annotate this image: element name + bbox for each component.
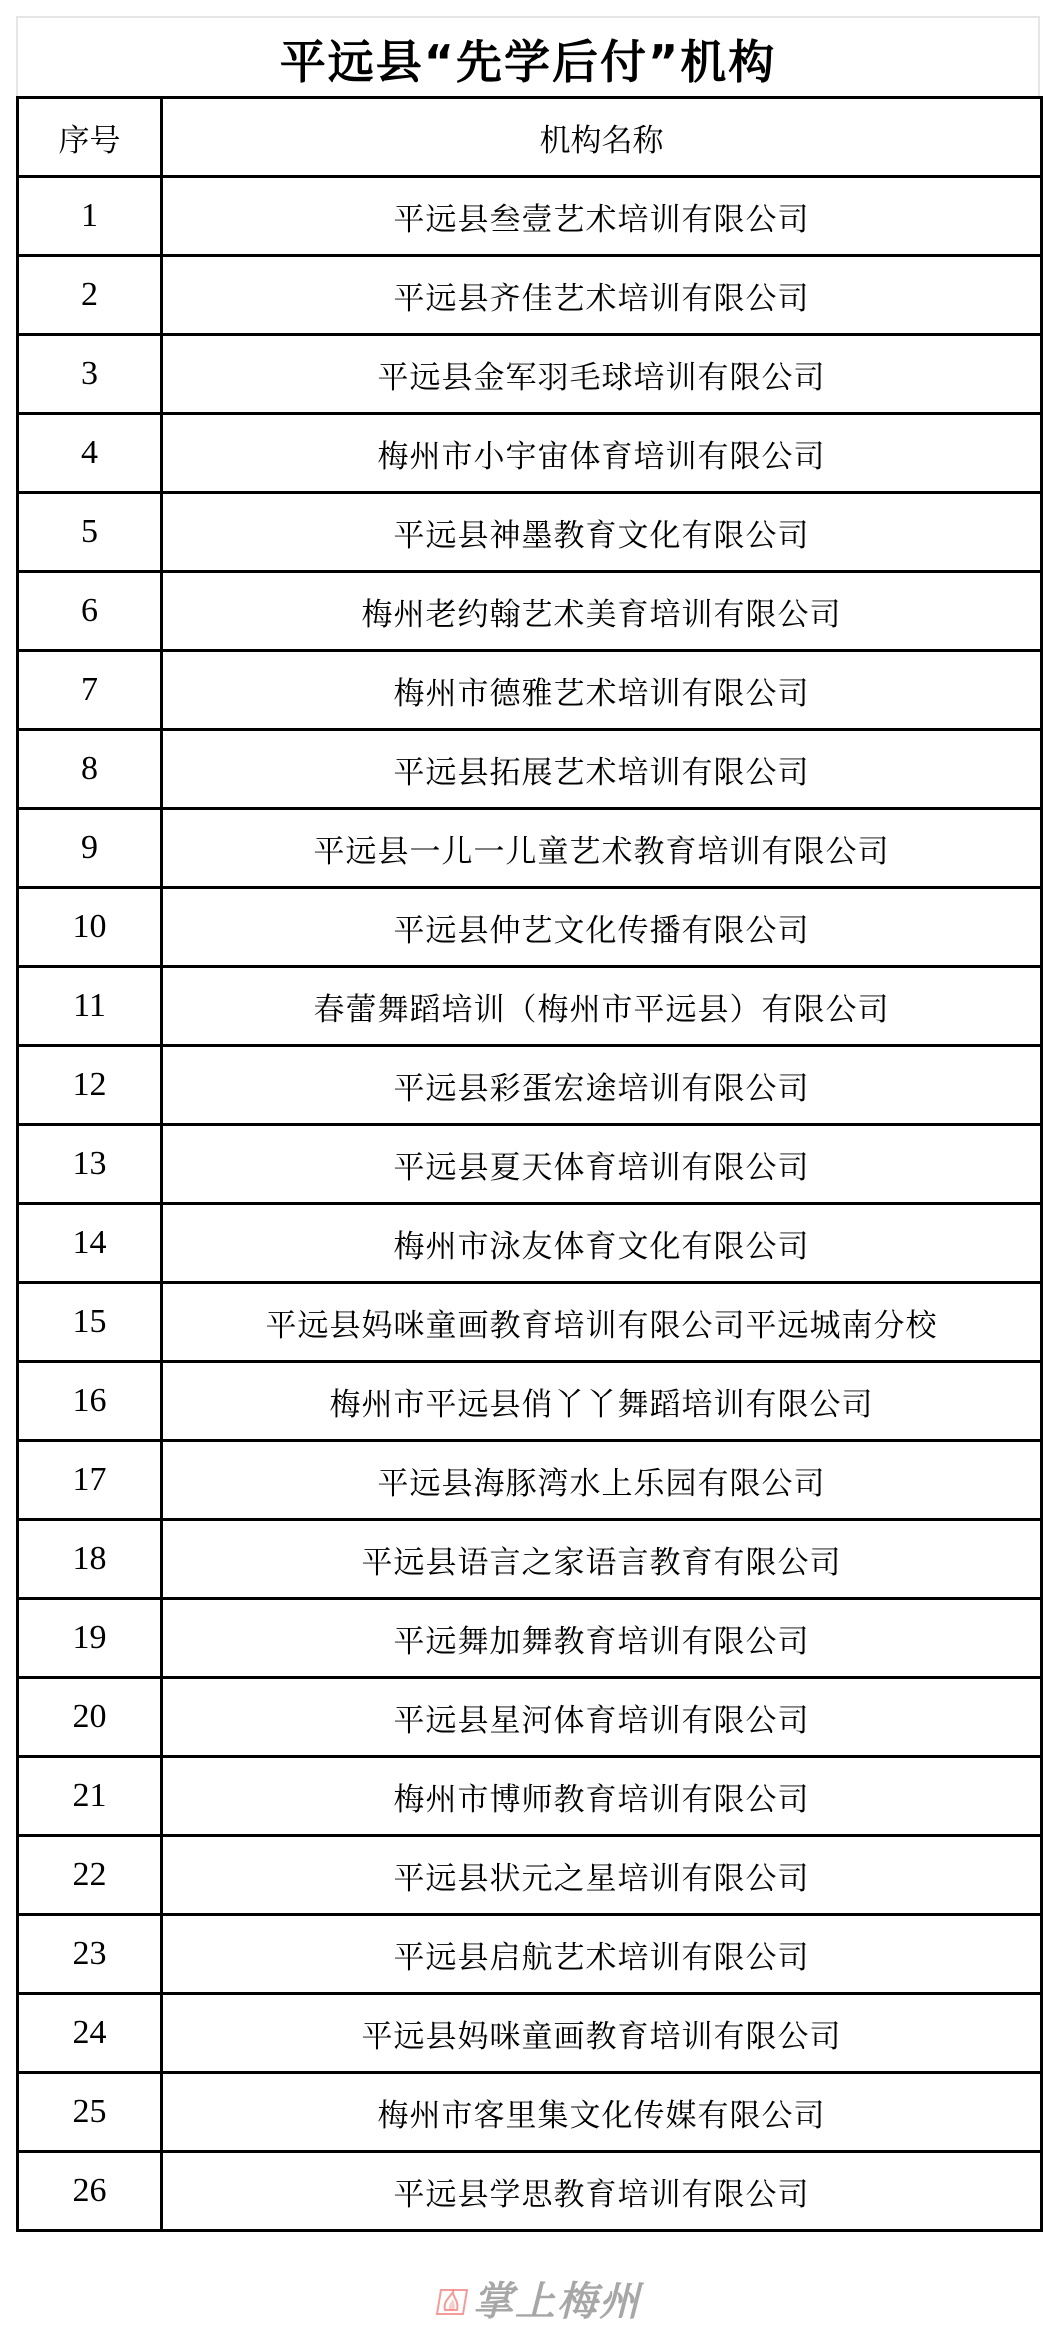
table-row: 12平远县彩蛋宏途培训有限公司 xyxy=(18,1046,1042,1125)
row-index: 22 xyxy=(18,1836,162,1915)
org-name: 平远县叁壹艺术培训有限公司 xyxy=(162,177,1042,256)
org-name: 平远县语言之家语言教育有限公司 xyxy=(162,1520,1042,1599)
org-name: 梅州市泳友体育文化有限公司 xyxy=(162,1204,1042,1283)
row-index: 23 xyxy=(18,1915,162,1994)
org-name: 平远县海豚湾水上乐园有限公司 xyxy=(162,1441,1042,1520)
table-row: 4梅州市小宇宙体育培训有限公司 xyxy=(18,414,1042,493)
table-row: 23平远县启航艺术培训有限公司 xyxy=(18,1915,1042,1994)
org-name: 梅州市小宇宙体育培训有限公司 xyxy=(162,414,1042,493)
table-row: 1平远县叁壹艺术培训有限公司 xyxy=(18,177,1042,256)
row-index: 4 xyxy=(18,414,162,493)
table-row: 20平远县星河体育培训有限公司 xyxy=(18,1678,1042,1757)
table-row: 11春蕾舞蹈培训（梅州市平远县）有限公司 xyxy=(18,967,1042,1046)
org-name: 梅州市博师教育培训有限公司 xyxy=(162,1757,1042,1836)
org-name: 梅州市平远县俏丫丫舞蹈培训有限公司 xyxy=(162,1362,1042,1441)
table-row: 7梅州市德雅艺术培训有限公司 xyxy=(18,651,1042,730)
row-index: 17 xyxy=(18,1441,162,1520)
table-row: 26平远县学思教育培训有限公司 xyxy=(18,2152,1042,2231)
org-name: 平远县学思教育培训有限公司 xyxy=(162,2152,1042,2231)
row-index: 15 xyxy=(18,1283,162,1362)
org-name: 梅州市德雅艺术培训有限公司 xyxy=(162,651,1042,730)
table-row: 5平远县神墨教育文化有限公司 xyxy=(18,493,1042,572)
page-title: 平远县“先学后付”机构 xyxy=(16,16,1040,96)
table-body: 1平远县叁壹艺术培训有限公司 2平远县齐佳艺术培训有限公司 3平远县金军羽毛球培… xyxy=(18,177,1042,2231)
org-name: 平远县仲艺文化传播有限公司 xyxy=(162,888,1042,967)
row-index: 20 xyxy=(18,1678,162,1757)
org-table: 序号 机构名称 1平远县叁壹艺术培训有限公司 2平远县齐佳艺术培训有限公司 3平… xyxy=(16,96,1043,2232)
app-logo-icon xyxy=(435,2282,469,2316)
org-name: 平远县一儿一儿童艺术教育培训有限公司 xyxy=(162,809,1042,888)
table-row: 10平远县仲艺文化传播有限公司 xyxy=(18,888,1042,967)
org-name: 平远县启航艺术培训有限公司 xyxy=(162,1915,1042,1994)
table-row: 18平远县语言之家语言教育有限公司 xyxy=(18,1520,1042,1599)
table-row: 19平远舞加舞教育培训有限公司 xyxy=(18,1599,1042,1678)
table-row: 22平远县状元之星培训有限公司 xyxy=(18,1836,1042,1915)
watermark-text: 掌上梅州 xyxy=(473,2270,641,2327)
row-index: 26 xyxy=(18,2152,162,2231)
row-index: 8 xyxy=(18,730,162,809)
table-row: 2平远县齐佳艺术培训有限公司 xyxy=(18,256,1042,335)
row-index: 5 xyxy=(18,493,162,572)
row-index: 19 xyxy=(18,1599,162,1678)
row-index: 12 xyxy=(18,1046,162,1125)
table-row: 16梅州市平远县俏丫丫舞蹈培训有限公司 xyxy=(18,1362,1042,1441)
org-name: 春蕾舞蹈培训（梅州市平远县）有限公司 xyxy=(162,967,1042,1046)
org-name: 平远县夏天体育培训有限公司 xyxy=(162,1125,1042,1204)
org-name: 平远县拓展艺术培训有限公司 xyxy=(162,730,1042,809)
row-index: 16 xyxy=(18,1362,162,1441)
org-name: 梅州市客里集文化传媒有限公司 xyxy=(162,2073,1042,2152)
row-index: 6 xyxy=(18,572,162,651)
org-name: 平远县妈咪童画教育培训有限公司平远城南分校 xyxy=(162,1283,1042,1362)
table-row: 25梅州市客里集文化传媒有限公司 xyxy=(18,2073,1042,2152)
row-index: 18 xyxy=(18,1520,162,1599)
table-row: 24平远县妈咪童画教育培训有限公司 xyxy=(18,1994,1042,2073)
table-row: 8平远县拓展艺术培训有限公司 xyxy=(18,730,1042,809)
row-index: 9 xyxy=(18,809,162,888)
row-index: 13 xyxy=(18,1125,162,1204)
org-name: 平远县金军羽毛球培训有限公司 xyxy=(162,335,1042,414)
row-index: 11 xyxy=(18,967,162,1046)
table-row: 3平远县金军羽毛球培训有限公司 xyxy=(18,335,1042,414)
org-name: 平远县星河体育培训有限公司 xyxy=(162,1678,1042,1757)
row-index: 3 xyxy=(18,335,162,414)
watermark: 掌上梅州 xyxy=(435,2270,641,2327)
table-row: 9平远县一儿一儿童艺术教育培训有限公司 xyxy=(18,809,1042,888)
column-header-index: 序号 xyxy=(18,98,162,177)
table-row: 14梅州市泳友体育文化有限公司 xyxy=(18,1204,1042,1283)
row-index: 24 xyxy=(18,1994,162,2073)
row-index: 21 xyxy=(18,1757,162,1836)
table-row: 17平远县海豚湾水上乐园有限公司 xyxy=(18,1441,1042,1520)
org-name: 平远县妈咪童画教育培训有限公司 xyxy=(162,1994,1042,2073)
org-list-sheet: 平远县“先学后付”机构 序号 机构名称 1平远县叁壹艺术培训有限公司 2平远县齐… xyxy=(16,16,1040,2232)
org-name: 平远县齐佳艺术培训有限公司 xyxy=(162,256,1042,335)
org-name: 平远舞加舞教育培训有限公司 xyxy=(162,1599,1042,1678)
org-name: 平远县彩蛋宏途培训有限公司 xyxy=(162,1046,1042,1125)
row-index: 7 xyxy=(18,651,162,730)
table-row: 21梅州市博师教育培训有限公司 xyxy=(18,1757,1042,1836)
column-header-name: 机构名称 xyxy=(162,98,1042,177)
row-index: 10 xyxy=(18,888,162,967)
table-header-row: 序号 机构名称 xyxy=(18,98,1042,177)
table-row: 6梅州老约翰艺术美育培训有限公司 xyxy=(18,572,1042,651)
row-index: 14 xyxy=(18,1204,162,1283)
org-name: 平远县状元之星培训有限公司 xyxy=(162,1836,1042,1915)
table-row: 13平远县夏天体育培训有限公司 xyxy=(18,1125,1042,1204)
row-index: 25 xyxy=(18,2073,162,2152)
org-name: 梅州老约翰艺术美育培训有限公司 xyxy=(162,572,1042,651)
row-index: 1 xyxy=(18,177,162,256)
row-index: 2 xyxy=(18,256,162,335)
table-row: 15平远县妈咪童画教育培训有限公司平远城南分校 xyxy=(18,1283,1042,1362)
org-name: 平远县神墨教育文化有限公司 xyxy=(162,493,1042,572)
